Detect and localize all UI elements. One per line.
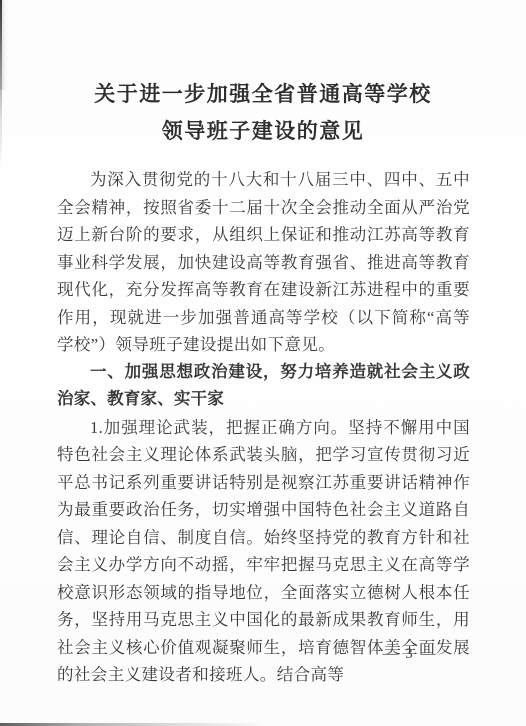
scanned-document-page: 关于进一步加强全省普通高等学校 领导班子建设的意见 为深入贯彻党的十八大和十八届… — [0, 0, 526, 726]
section-heading-1: 一、加强思想政治建设，努力培养造就社会主义政治家、教育家、实干家 — [57, 359, 470, 414]
page-number: — 3 — — [380, 646, 440, 663]
document-title-line2: 领导班子建设的意见 — [0, 113, 526, 150]
intro-paragraph: 为深入贯彻党的十八大和十八届三中、四中、五中全会精神，按照省委十二届十次全会推动… — [57, 166, 470, 359]
item-1-lead-sentence: 1.加强理论武装，把握正确方向。 — [90, 418, 348, 437]
document-body: 为深入贯彻党的十八大和十八届三中、四中、五中全会精神，按照省委十二届十次全会推动… — [57, 166, 470, 689]
document-title: 关于进一步加强全省普通高等学校 领导班子建设的意见 — [0, 76, 526, 150]
document-title-line1: 关于进一步加强全省普通高等学校 — [0, 76, 526, 113]
item-1-body-text: 坚持不懈用中国特色社会主义理论体系武装头脑，把学习宣传贯彻习近平总书记系列重要讲… — [57, 418, 470, 685]
